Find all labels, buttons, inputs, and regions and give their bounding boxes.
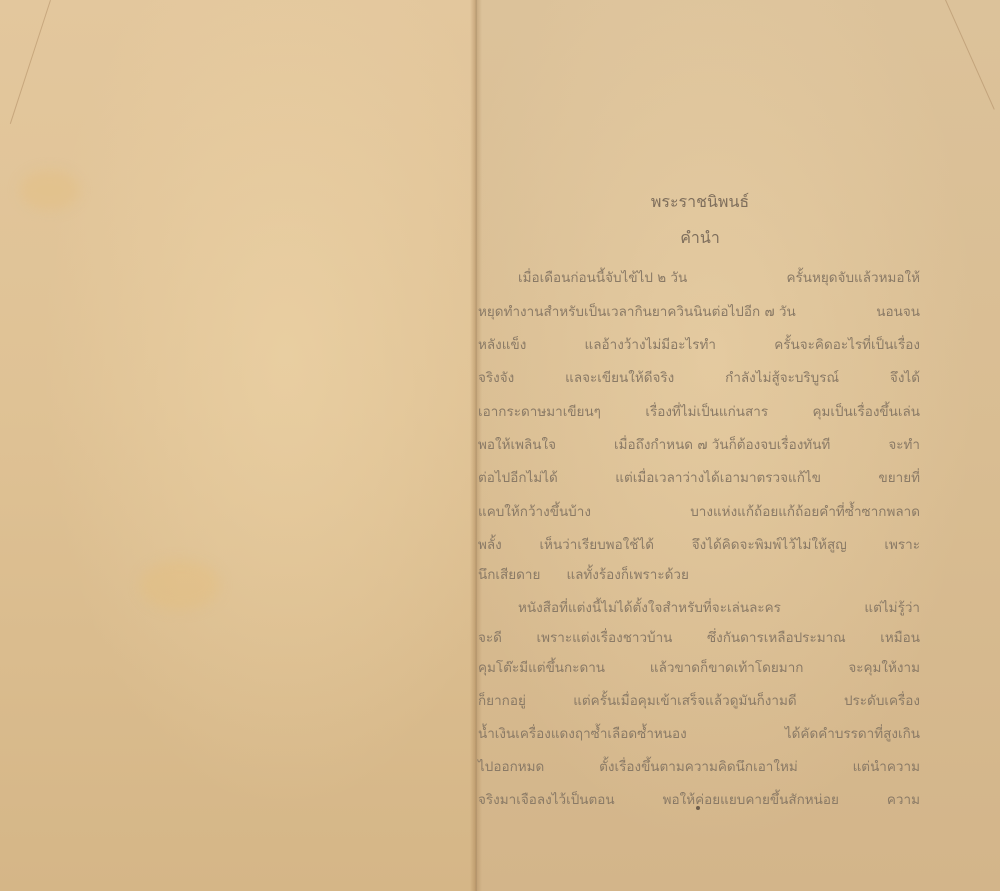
text-segment: แต่ครั้นเมื่อคุมเข้าเสร็จแล้วดูมันก็งามด… [573,689,796,709]
text-segment: เมื่อถึงกำหนด ๗ วันก็ต้องจบเรื่องทันที [614,433,830,453]
text-segment: แต่เมื่อเวลาว่างได้เอามาตรวจแก้ไข [615,466,821,486]
text-segment: ก็ยากอยู่ [478,689,526,709]
text-segment: ต่อไปอีกไม่ได้ [478,466,558,486]
text-line: ก็ยากอยู่แต่ครั้นเมื่อคุมเข้าเสร็จแล้วดู… [478,689,920,709]
book-spread: พระราชนิพนธ์ คำนำ เมื่อเดือนก่อนนี้จับไข… [0,0,1000,891]
text-segment: จะคุมให้งาม [848,656,920,676]
text-segment: ตั้งเรื่องขึ้นตามความคิดนึกเอาใหม่ [599,755,798,775]
text-line: จริงมาเจือลงไว้เป็นตอนพอให้ค่อยแยบคายขึ้… [478,788,920,808]
text-segment: เรื่องที่ไม่เป็นแก่นสาร [645,400,768,420]
text-segment: เพราะ [884,533,920,553]
text-line: ไปออกหมดตั้งเรื่องขึ้นตามความคิดนึกเอาให… [478,755,920,775]
text-segment: กำลังไม่สู้จะบริบูรณ์ [725,366,839,386]
text-segment: หลังแข็ง [478,333,526,353]
text-segment: เพราะแต่งเรื่องชาวบ้าน [536,626,672,646]
text-segment: พอให้ค่อยแยบคายขึ้นสักหน่อย [663,788,839,808]
text-line: เอากระดาษมาเขียนๆเรื่องที่ไม่เป็นแก่นสาร… [478,400,920,420]
text-segment: ความ [887,788,920,808]
left-page-blank [0,0,476,891]
text-segment: หนังสือที่แต่งนี้ไม่ได้ตั้งใจสำหรับที่จะ… [518,596,781,616]
text-segment: ได้คัดคำบรรดาที่สูงเกิน [785,722,920,742]
text-segment: น้ำเงินเครื่องแดงฤาซ้ำเลือดซ้ำหนอง [478,722,687,742]
text-line: น้ำเงินเครื่องแดงฤาซ้ำเลือดซ้ำหนองได้คัด… [478,722,920,742]
text-segment: จริงมาเจือลงไว้เป็นตอน [478,788,615,808]
text-segment: จึงได้ [890,366,920,386]
text-segment: ไปออกหมด [478,755,544,775]
text-segment: เมื่อเดือนก่อนนี้จับไข้ไป ๒ วัน [518,266,687,286]
text-segment: คุมเป็นเรื่องขึ้นเล่น [813,400,920,420]
text-segment: ประดับเครื่อง [844,689,920,709]
text-segment: คุมโต๊ะมีแต่ขึ้นกะดาน [478,656,605,676]
text-segment: ครั้นจะคิดอะไรที่เป็นเรื่อง [774,333,920,353]
page-subtitle: คำนำ [600,226,800,251]
text-line: พอให้เพลินใจเมื่อถึงกำหนด ๗ วันก็ต้องจบเ… [478,433,920,453]
text-line: หลังแข็งแลอ้างว้างไม่มีอะไรทำครั้นจะคิดอ… [478,333,920,353]
text-line: จริงจังแลจะเขียนให้ดีจริงกำลังไม่สู้จะบร… [478,366,920,386]
text-line: นึกเสียดายแลทั้งร้องก็เพราะด้วย [478,563,920,583]
text-line: จะดีเพราะแต่งเรื่องชาวบ้านซึ่งกันดารเหลื… [478,626,920,646]
text-segment: แคบให้กว้างขึ้นบ้าง [478,500,591,520]
page-mark [696,806,700,810]
text-segment: เห็นว่าเรียบพอใช้ได้ [539,533,654,553]
text-segment: บางแห่งแก้ถ้อยแก้ถ้อยคำที่ซ้ำซากพลาด [690,500,920,520]
text-line: เมื่อเดือนก่อนนี้จับไข้ไป ๒ วันครั้นหยุด… [478,266,920,286]
text-line: แคบให้กว้างขึ้นบ้างบางแห่งแก้ถ้อยแก้ถ้อย… [478,500,920,520]
text-segment: ซึ่งกันดารเหลือประมาณ [707,626,846,646]
text-segment: จริงจัง [478,366,514,386]
text-segment: แลทั้งร้องก็เพราะด้วย [566,563,688,583]
text-segment: จึงได้คิดจะพิมพ์ไว้ไม่ให้สูญ [692,533,847,553]
text-segment: แลอ้างว้างไม่มีอะไรทำ [585,333,716,353]
paper-stain [140,560,220,610]
text-line: ต่อไปอีกไม่ได้แต่เมื่อเวลาว่างได้เอามาตร… [478,466,920,486]
text-segment: แต่ไม่รู้ว่า [864,596,920,616]
text-line: หยุดทำงานสำหรับเป็นเวลากินยาควินนินต่อไป… [478,300,920,320]
text-segment: ครั้นหยุดจับแล้วหมอให้ [786,266,920,286]
text-segment: แล้วขาดก็ขาดเท้าโดยมาก [650,656,804,676]
text-segment: นอนจน [876,300,920,320]
text-segment: จะดี [478,626,502,646]
text-line: คุมโต๊ะมีแต่ขึ้นกะดานแล้วขาดก็ขาดเท้าโดย… [478,656,920,676]
text-segment: แต่นำความ [853,755,920,775]
text-segment: หยุดทำงานสำหรับเป็นเวลากินยาควินนินต่อไป… [478,300,796,320]
text-segment: แลจะเขียนให้ดีจริง [565,366,674,386]
text-line: หนังสือที่แต่งนี้ไม่ได้ตั้งใจสำหรับที่จะ… [478,596,920,616]
text-segment: นึกเสียดาย [478,563,540,583]
text-segment: จะทำ [888,433,920,453]
paper-stain [20,170,80,210]
page-title: พระราชนิพนธ์ [600,190,800,215]
text-segment: เอากระดาษมาเขียนๆ [478,400,601,420]
text-segment: พอให้เพลินใจ [478,433,556,453]
text-segment: เหมือน [880,626,920,646]
text-segment: พลั้ง [478,533,502,553]
text-line: พลั้งเห็นว่าเรียบพอใช้ได้จึงได้คิดจะพิมพ… [478,533,920,553]
text-segment: ขยายที่ [878,466,920,486]
